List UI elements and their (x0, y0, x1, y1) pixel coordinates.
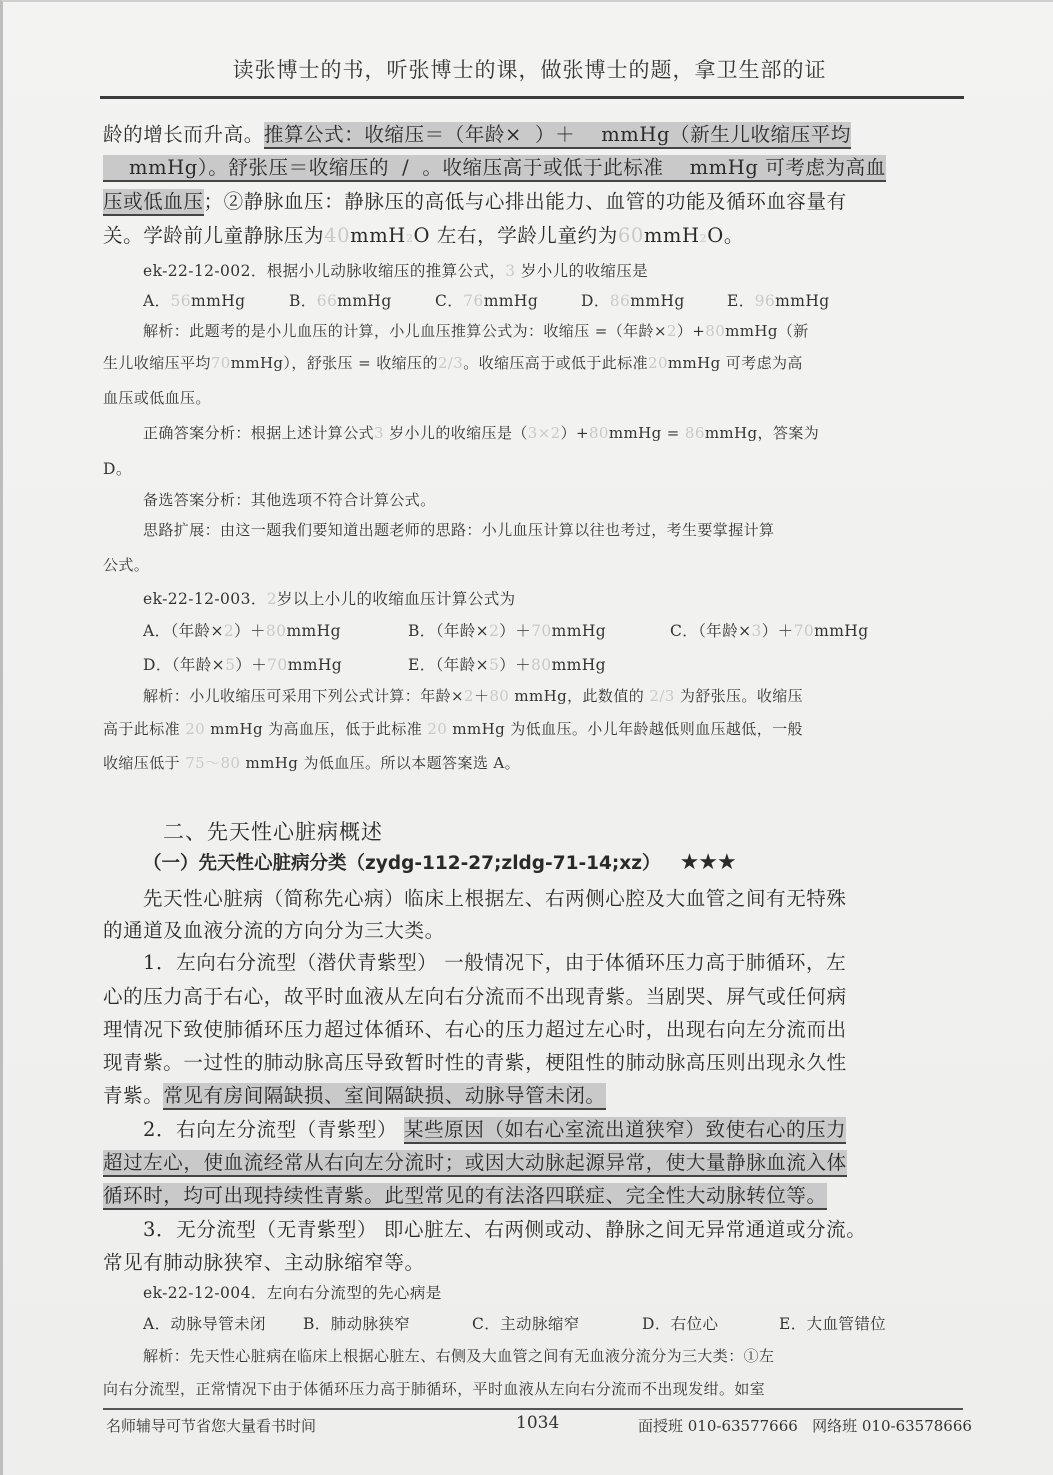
page-number: 1034 (516, 1413, 559, 1433)
option-d: D．右位心 (642, 1312, 779, 1334)
highlighted-formula: 推算公式：收缩压＝（年龄×2）＋80mmHg（新生儿收缩压平均 (264, 122, 851, 149)
text-line: 超过左心，使血流经常从右向左分流时；或因大动脉起源异常，使大量静脉血流入体 (103, 1147, 963, 1175)
highlighted-text: 超过左心，使血流经常从右向左分流时；或因大动脉起源异常，使大量静脉血流入体 (103, 1150, 847, 1177)
question-stem: ek-22-12-002．根据小儿动脉收缩压的推算公式，3 岁小儿的收缩压是 (143, 259, 1003, 281)
text-line: 压或低血压；②静脉血压：静脉压的高低与心排出能力、血管的功能及循环血容量有 (103, 186, 963, 214)
question-options: A．动脉导管未闭B．肺动脉狭窄C．主动脉缩窄D．右位心E．大血管错位 (143, 1312, 1003, 1334)
question-options: D．（年龄×5）＋70mmHgE．（年龄×5）＋80mmHg (143, 653, 1003, 675)
text-line: 心的压力高于右心，故平时血液从左向右分流而不出现青紫。当剧哭、屏气或任何病 (103, 981, 963, 1009)
option-a: A．56mmHg (143, 289, 289, 311)
header-rule (100, 96, 964, 99)
option-b: B．肺动脉狭窄 (303, 1312, 472, 1334)
question-options: A．56mmHgB．66mmHgC．76mmHgD．86mmHgE．96mmHg (143, 289, 1003, 311)
option-d: D．86mmHg (581, 289, 727, 311)
correct-answer-line: D。 (103, 457, 963, 479)
highlighted-formula: 70mmHg）。舒张压＝收缩压的2/3。收缩压高于或低于此标准20mmHg 可考… (103, 155, 886, 182)
correct-answer-line: 正确答案分析：根据上述计算公式3 岁小儿的收缩压是（3×2）+80mmHg = … (143, 422, 1003, 443)
question-options: A．（年龄×2）＋80mmHgB．（年龄×2）＋70mmHgC．（年龄×3）＋7… (143, 619, 1003, 641)
highlighted-text: 某些原因（如右心室流出道狭窄）致使右心的压力 (404, 1117, 846, 1144)
analysis-line: 解析：小儿收缩压可采用下列公式计算：年龄×2＋80 mmHg，此数值的 2/3 … (143, 685, 1003, 706)
text-line: 70mmHg）。舒张压＝收缩压的2/3。收缩压高于或低于此标准20mmHg 可考… (103, 152, 963, 180)
alt-answer-line: 备选答案分析：其他选项不符合计算公式。 (143, 489, 1003, 510)
analysis-line: 血压或低血压。 (103, 387, 963, 408)
text-line: 循环时，均可出现持续性青紫。此型常见的有法洛四联症、完全性大动脉转位等。 (103, 1180, 963, 1208)
section-title: 二、先天性心脏病概述 (163, 816, 1023, 846)
analysis-line: 收缩压低于 75～80 mmHg 为低血压。所以本题答案选 A。 (103, 752, 963, 773)
extension-line: 思路扩展：由这一题我们要知道出题老师的思路：小儿血压计算以往也考过，考生要掌握计… (143, 519, 1003, 540)
text-line: 理情况下致使肺循环压力超过体循环、右心的压力超过左心时，出现右向左分流而出 (103, 1014, 963, 1042)
text-line: 1．左向右分流型（潜伏青紫型） 一般情况下，由于体循环压力高于肺循环，左 (143, 947, 1003, 975)
option-d: D．（年龄×5）＋70mmHg (143, 653, 408, 675)
text-line: 3．无分流型（无青紫型） 即心脏左、右两侧或动、静脉之间无异常通道或分流。 (143, 1214, 1003, 1242)
page-header-slogan: 读张博士的书，听张博士的课，做张博士的题，拿卫生部的证 (3, 54, 1053, 84)
option-b: B．（年龄×2）＋70mmHg (408, 619, 670, 641)
analysis-line: 向右分流型，正常情况下由于体循环压力高于肺循环，平时血液从左向右分流而不出现发绀… (103, 1378, 963, 1399)
option-e: E．大血管错位 (779, 1312, 886, 1334)
option-c: C．（年龄×3）＋70mmHg (670, 619, 869, 641)
text-line: 现青紫。一过性的肺动脉高压导致暂时性的青紫，梗阻性的肺动脉高压则出现永久性 (103, 1047, 963, 1075)
option-e: E．（年龄×5）＋80mmHg (408, 653, 606, 675)
star-rating-icon: ★★★ (680, 850, 736, 875)
subsection-title: （一）先天性心脏病分类（zydg-112-27;zldg-71-14;xz） ★… (143, 849, 1003, 875)
question-stem: ek-22-12-003．2岁以上小儿的收缩血压计算公式为 (143, 587, 1003, 609)
option-a: A．（年龄×2）＋80mmHg (143, 619, 408, 641)
footer-rule (103, 1408, 963, 1410)
text: ；②静脉血压：静脉压的高低与心排出能力、血管的功能及循环血容量有 (204, 190, 847, 213)
analysis-line: 解析：此题考的是小儿血压的计算，小儿血压推算公式为：收缩压 =（年龄×2）+80… (143, 320, 1003, 341)
highlighted-text: 压或低血压 (103, 189, 204, 216)
text-line: 青紫。常见有房间隔缺损、室间隔缺损、动脉导管未闭。 (103, 1080, 963, 1108)
highlighted-text: 常见有房间隔缺损、室间隔缺损、动脉导管未闭。 (163, 1083, 605, 1110)
option-e: E．96mmHg (727, 289, 830, 311)
option-b: B．66mmHg (289, 289, 435, 311)
footer-contact: 面授班 010-63577666 网络班 010-63578666 (638, 1415, 972, 1436)
highlighted-text: 循环时，均可出现持续性青紫。此型常见的有法洛四联症、完全性大动脉转位等。 (103, 1183, 827, 1210)
document-page: 读张博士的书，听张博士的课，做张博士的题，拿卫生部的证 龄的增长而升高。推算公式… (0, 0, 1053, 1475)
text-line: 关。学龄前儿童静脉压为40mmH2O 左右，学龄儿童约为60mmH2O。 (103, 220, 963, 248)
text-line: 的通道及血液分流的方向分为三大类。 (103, 915, 963, 943)
question-stem: ek-22-12-004．左向右分流型的先心病是 (143, 1281, 1003, 1303)
footer-slogan: 名师辅导可节省您大量看书时间 (106, 1415, 316, 1436)
analysis-line: 生儿收缩压平均70mmHg），舒张压 = 收缩压的2/3。收缩压高于或低于此标准… (103, 352, 963, 373)
option-c: C．主动脉缩窄 (472, 1312, 642, 1334)
text: 龄的增长而升高。 (103, 123, 264, 146)
text-line: 2．右向左分流型（青紫型） 某些原因（如右心室流出道狭窄）致使右心的压力 (143, 1114, 1003, 1142)
extension-line: 公式。 (103, 554, 963, 575)
option-c: C．76mmHg (435, 289, 581, 311)
text-line: 先天性心脏病（简称先心病）临床上根据左、右两侧心腔及大血管之间有无特殊 (143, 883, 1003, 911)
text-line: 龄的增长而升高。推算公式：收缩压＝（年龄×2）＋80mmHg（新生儿收缩压平均 (103, 119, 963, 147)
analysis-line: 高于此标准 20 mmHg 为高血压，低于此标准 20 mmHg 为低血压。小儿… (103, 718, 963, 739)
option-a: A．动脉导管未闭 (143, 1312, 303, 1334)
analysis-line: 解析：先天性心脏病在临床上根据心脏左、右侧及大血管之间有无血液分流分为三大类：①… (143, 1345, 1003, 1366)
text-line: 常见有肺动脉狭窄、主动脉缩窄等。 (103, 1247, 963, 1275)
